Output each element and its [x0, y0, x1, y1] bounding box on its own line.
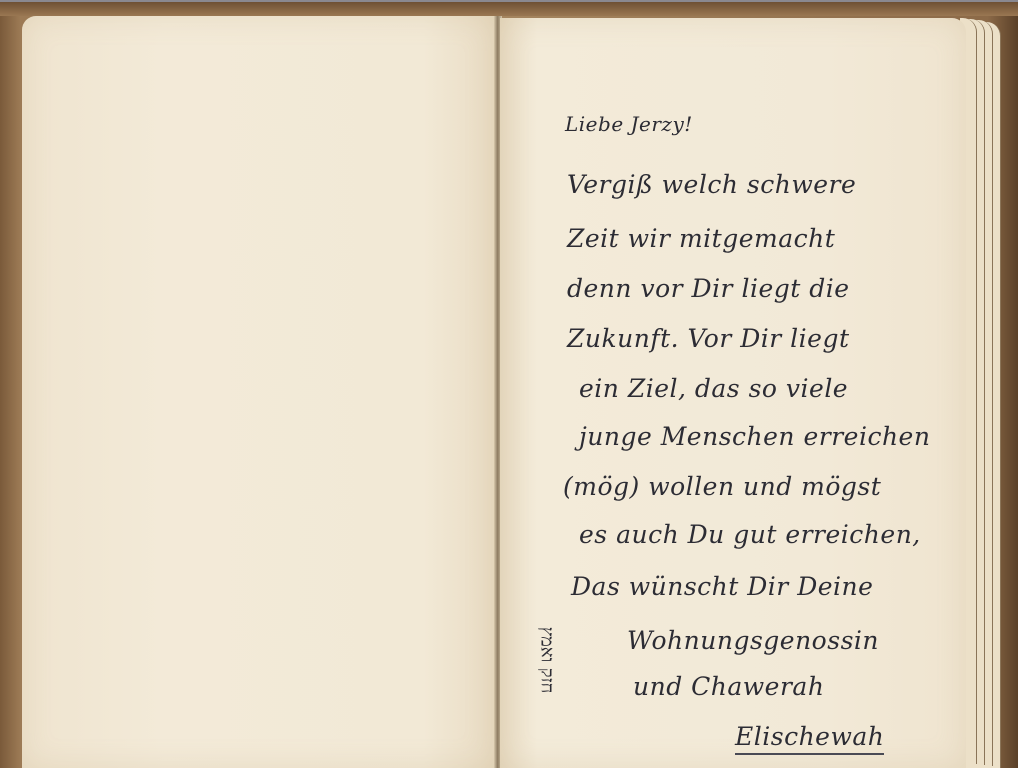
cover-top-edge [0, 2, 1018, 16]
text-line: junge Menschen erreichen [579, 422, 930, 451]
text-line: es auch Du gut erreichen, [579, 520, 921, 549]
text-line: ein Ziel, das so viele [579, 374, 848, 403]
text-line: Vergiß welch schwere [567, 170, 856, 199]
text-line: Zeit wir mitgemacht [567, 224, 835, 253]
greeting: Liebe Jerzy! [565, 112, 693, 136]
text-line: Wohnungsgenossin [627, 626, 879, 655]
text-line: denn vor Dir liegt die [567, 274, 850, 303]
text-line: Das wünscht Dir Deine [571, 572, 873, 601]
left-page [22, 16, 494, 768]
text-line: und Chawerah [633, 672, 824, 701]
text-line: (mög) wollen und mögst [563, 472, 881, 501]
hebrew-margin-note: חזק ואמץ [527, 585, 567, 735]
text-line: Zukunft. Vor Dir liegt [567, 324, 850, 353]
signature: Elischewah [735, 722, 884, 755]
hebrew-margin-text: חזק ואמץ [537, 627, 558, 693]
